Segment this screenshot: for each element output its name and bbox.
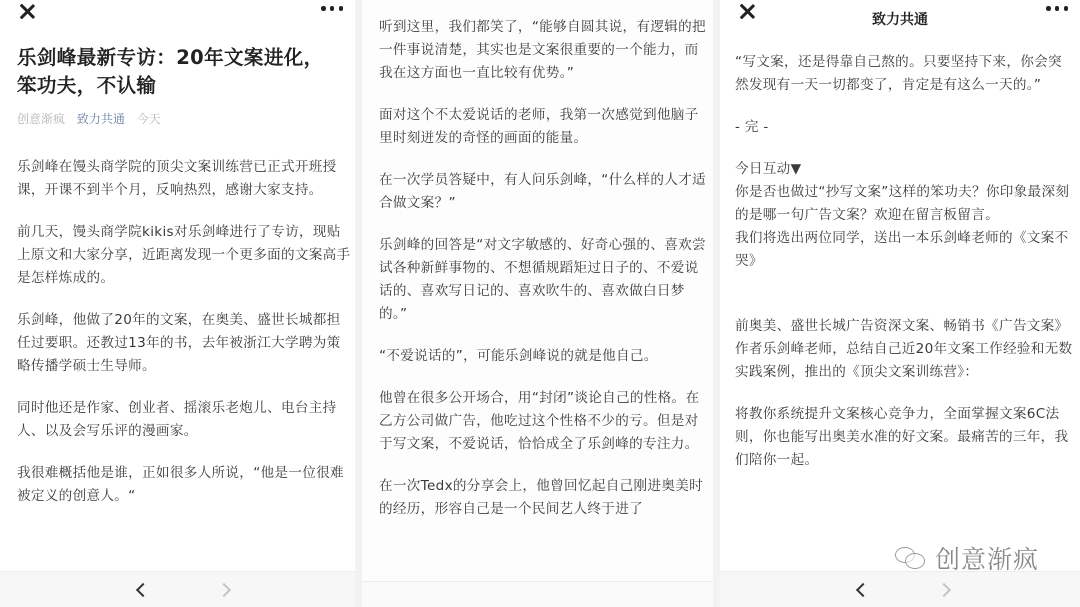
article-meta: 创意渐疯 致力共通 今天 xyxy=(17,110,161,127)
paragraph: 面对这个不太爱说话的老师，我第一次感觉到他脑子里时刻迸发的奇怪的画面的能量。 xyxy=(379,104,711,150)
close-icon[interactable] xyxy=(18,2,36,20)
paragraph: 前几天，馒头商学院kikis对乐剑峰进行了专访，现贴上原文和大家分享，近距离发现… xyxy=(17,221,351,290)
paragraph: 我很难概括他是谁，正如很多人所说，“他是一位很难被定义的创意人。“ xyxy=(17,462,351,508)
paragraph: 在一次Tedx的分享会上，他曾回忆起自己刚进奥美时的经历，形容自己是一个民间艺人… xyxy=(379,475,711,521)
bottom-nav-bar xyxy=(0,571,355,607)
article-body: 听到这里，我们都笑了，“能够自圆其说，有逻辑的把一件事说清楚，其实也是文案很重要… xyxy=(379,16,711,540)
paragraph: 同时他还是作家、创业者、摇滚乐老炮儿、电台主持人、以及会写乐评的漫画家。 xyxy=(17,397,351,443)
quote-paragraph: “写文案，还是得靠自己熬的。只要坚持下来，你会突然发现有一天一切都变了，肯定是有… xyxy=(735,51,1073,97)
paragraph: 听到这里，我们都笑了，“能够自圆其说，有逻辑的把一件事说清楚，其实也是文案很重要… xyxy=(379,16,711,85)
giveaway-text: 我们将选出两位同学，送出一本乐剑峰老师的《文案不哭》 xyxy=(735,227,1073,273)
article-screen-1: 乐剑峰最新专访：20年文案进化，笨功夫，不认输 创意渐疯 致力共通 今天 乐剑峰… xyxy=(0,0,355,607)
promo-paragraph: 前奥美、盛世长城广告资深文案、畅销书《广告文案》作者乐剑峰老师，总结自己近20年… xyxy=(735,315,1073,384)
promo-paragraph: 将教你系统提升文案核心竞争力，全面掌握文案6C法则，你也能写出奥美水准的好文案。… xyxy=(735,403,1073,472)
top-bar: 致力共通 xyxy=(720,0,1080,24)
meta-date: 今天 xyxy=(137,112,161,126)
nav-title: 致力共通 xyxy=(720,9,1080,29)
paragraph: 乐剑峰的回答是“对文字敏感的、好奇心强的、喜欢尝试各种新鲜事物的、不想循规蹈矩过… xyxy=(379,234,711,326)
article-body: 乐剑峰在馒头商学院的顶尖文案训练营已正式开班授课，开课不到半个月，反响热烈，感谢… xyxy=(17,156,351,527)
meta-source: 创意渐疯 xyxy=(17,112,65,126)
more-icon[interactable] xyxy=(321,6,343,12)
watermark-text: 创意渐疯 xyxy=(935,540,1039,576)
end-mark: - 完 - xyxy=(735,116,1073,139)
paragraph: 在一次学员答疑中，有人问乐剑峰，“什么样的人才适合做文案？” xyxy=(379,169,711,215)
meta-account-link[interactable]: 致力共通 xyxy=(77,112,125,126)
chevron-right-icon[interactable] xyxy=(938,581,954,599)
chevron-right-icon[interactable] xyxy=(218,581,234,599)
paragraph: 乐剑峰，他做了20年的文案，在奥美、盛世长城都担任过要职。还教过13年的书，去年… xyxy=(17,309,351,378)
interaction-heading: 今日互动▼ xyxy=(735,158,1073,181)
top-bar xyxy=(0,0,355,24)
wechat-icon xyxy=(895,545,927,571)
interaction-question: 你是否也做过“抄写文案”这样的笨功夫？你印象最深刻的是哪一句广告文案？欢迎在留言… xyxy=(735,181,1073,227)
bottom-bar xyxy=(362,581,713,607)
watermark: 创意渐疯 xyxy=(895,540,1039,576)
more-icon[interactable] xyxy=(1046,6,1068,12)
article-body: “写文案，还是得靠自己熬的。只要坚持下来，你会突然发现有一天一切都变了，肯定是有… xyxy=(735,51,1073,491)
article-screen-3: 致力共通 “写文案，还是得靠自己熬的。只要坚持下来，你会突然发现有一天一切都变了… xyxy=(720,0,1080,607)
chevron-left-icon[interactable] xyxy=(853,581,869,599)
paragraph: 乐剑峰在馒头商学院的顶尖文案训练营已正式开班授课，开课不到半个月，反响热烈，感谢… xyxy=(17,156,351,202)
paragraph: 他曾在很多公开场合，用“封闭”谈论自己的性格。在乙方公司做广告，他吃过这个性格不… xyxy=(379,387,711,456)
article-title: 乐剑峰最新专访：20年文案进化，笨功夫，不认输 xyxy=(17,44,342,100)
bottom-nav-bar xyxy=(720,571,1080,607)
article-screen-2: 听到这里，我们都笑了，“能够自圆其说，有逻辑的把一件事说清楚，其实也是文案很重要… xyxy=(362,0,713,607)
chevron-left-icon[interactable] xyxy=(133,581,149,599)
paragraph: “不爱说话的”，可能乐剑峰说的就是他自己。 xyxy=(379,345,711,368)
